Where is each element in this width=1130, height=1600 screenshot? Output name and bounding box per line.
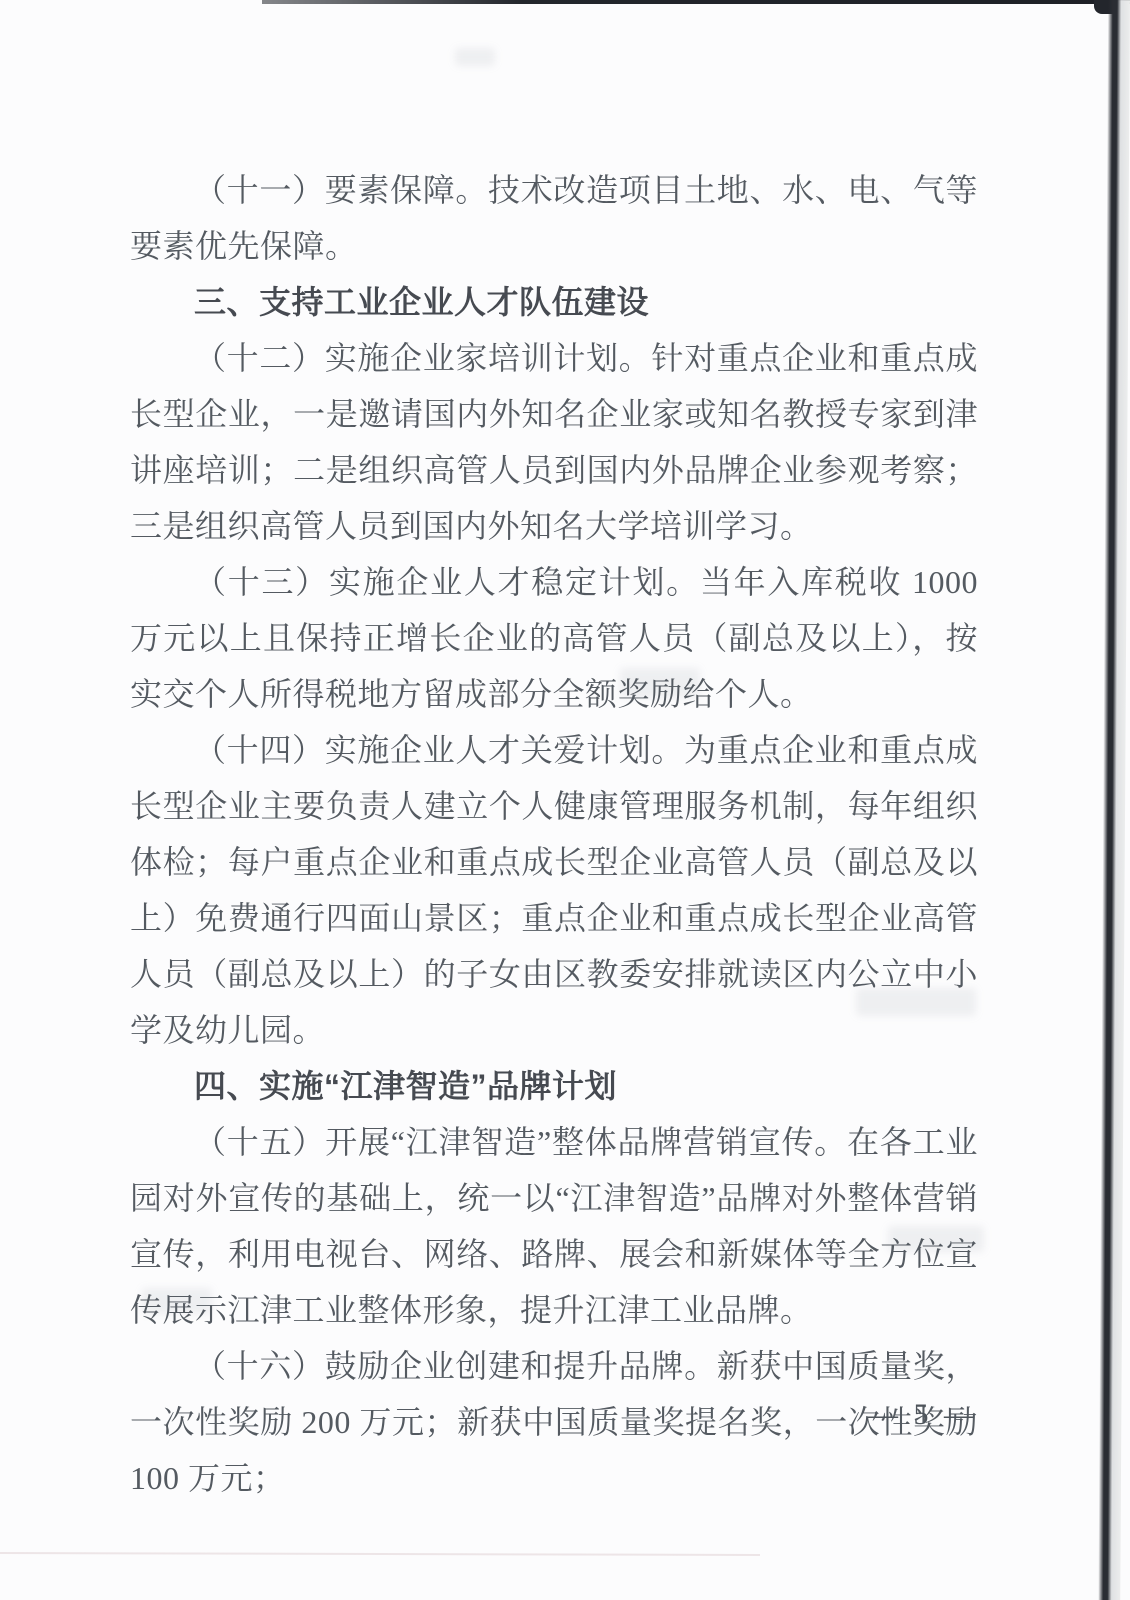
paragraph-item-16: （十六）鼓励企业创建和提升品牌。新获中国质量奖，一次性奖励 200 万元；新获中… (130, 1338, 978, 1506)
scan-right-edge-artifact (1098, 0, 1130, 1600)
paragraph-item-13: （十三）实施企业人才稳定计划。当年入库税收 1000 万元以上且保持正增长企业的… (130, 554, 978, 722)
scan-smudge (455, 48, 495, 66)
paragraph-item-15: （十五）开展“江津智造”整体品牌营销宣传。在各工业园对外宣传的基础上，统一以“江… (130, 1114, 978, 1338)
paragraph-item-11: （十一）要素保障。技术改造项目土地、水、电、气等要素优先保障。 (130, 162, 978, 274)
scan-bottom-line-artifact (0, 1552, 760, 1556)
section-heading-4: 四、实施“江津智造”品牌计划 (130, 1058, 978, 1114)
section-heading-3: 三、支持工业企业人才队伍建设 (130, 274, 978, 330)
paragraph-item-14: （十四）实施企业人才关爱计划。为重点企业和重点成长型企业主要负责人建立个人健康管… (130, 722, 978, 1058)
document-body: （十一）要素保障。技术改造项目土地、水、电、气等要素优先保障。 三、支持工业企业… (130, 162, 978, 1506)
paragraph-item-12: （十二）实施企业家培训计划。针对重点企业和重点成长型企业，一是邀请国内外知名企业… (130, 330, 978, 554)
page-number: — 5 — (868, 1390, 978, 1440)
scan-top-edge-artifact (262, 0, 1130, 4)
document-page: （十一）要素保障。技术改造项目土地、水、电、气等要素优先保障。 三、支持工业企业… (0, 0, 1130, 1600)
